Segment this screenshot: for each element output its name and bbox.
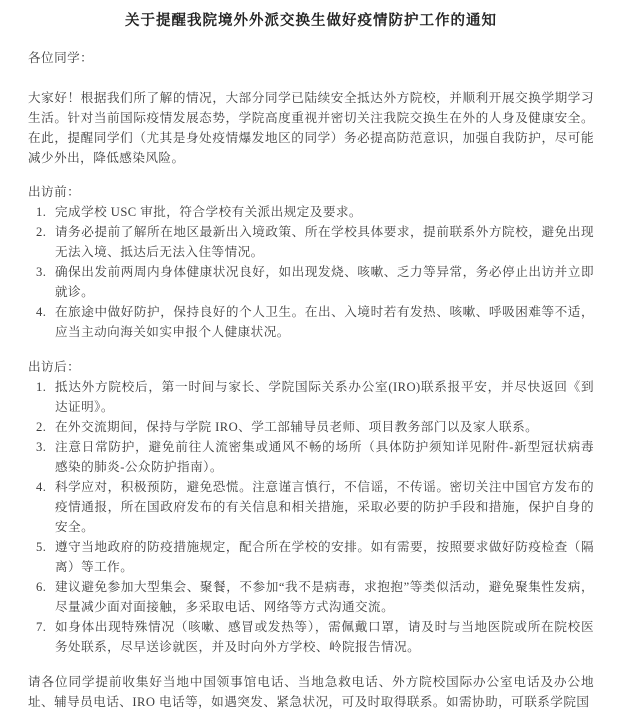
before-departure-item-1: 完成学校 USC 审批，符合学校有关派出规定及要求。 [50,202,594,222]
after-departure-item-3: 注意日常防护，避免前往人流密集或通风不畅的场所（具体防护须知详见附件-新型冠状病… [50,437,594,477]
after-departure-item-4: 科学应对，积极预防，避免恐慌。注意谨言慎行，不信谣，不传谣。密切关注中国官方发布… [50,477,594,537]
after-departure-item-2: 在外交流期间，保持与学院 IRO、学工部辅导员老师、项目教务部门以及家人联系。 [50,417,594,437]
after-departure-item-7: 如身体出现特殊情况（咳嗽、感冒或发热等），需佩戴口罩，请及时与当地医院或所在院校… [50,617,594,657]
before-departure-item-2: 请务必提前了解所在地区最新出入境政策、所在学校具体要求，提前联系外方院校，避免出… [50,222,594,262]
before-departure-item-4: 在旅途中做好防护，保持良好的个人卫生。在出、入境时若有发热、咳嗽、呼吸困难等不适… [50,302,594,342]
notice-document: 关于提醒我院境外外派交换生做好疫情防护工作的通知 各位同学： 大家好！根据我们所… [0,0,622,718]
after-departure-item-1: 抵达外方院校后，第一时间与家长、学院国际关系办公室(IRO)联系报平安，并尽快返… [50,377,594,417]
before-departure-item-3: 确保出发前两周内身体健康状况良好，如出现发烧、咳嗽、乏力等异常，务必停止出访并立… [50,262,594,302]
after-departure-item-6: 建议避免参加大型集会、聚餐，不参加“我不是病毒，求抱抱”等类似活动，避免聚集性发… [50,577,594,617]
document-title: 关于提醒我院境外外派交换生做好疫情防护工作的通知 [28,11,594,31]
before-departure-list: 完成学校 USC 审批，符合学校有关派出规定及要求。 请务必提前了解所在地区最新… [28,202,594,342]
salutation: 各位同学： [28,48,594,68]
section-heading-before-departure: 出访前： [28,182,594,202]
after-departure-list: 抵达外方院校后，第一时间与家长、学院国际关系办公室(IRO)联系报平安，并尽快返… [28,377,594,657]
after-departure-item-5: 遵守当地政府的防疫措施规定，配合所在学校的安排。如有需要，按照要求做好防疫检查（… [50,537,594,577]
intro-paragraph: 大家好！根据我们所了解的情况，大部分同学已陆续安全抵达外方院校，并顺利开展交换学… [28,88,594,168]
closing-paragraph: 请各位同学提前收集好当地中国领事馆电话、当地急救电话、外方院校国际办公室电话及办… [28,672,594,712]
section-heading-after-departure: 出访后： [28,357,594,377]
